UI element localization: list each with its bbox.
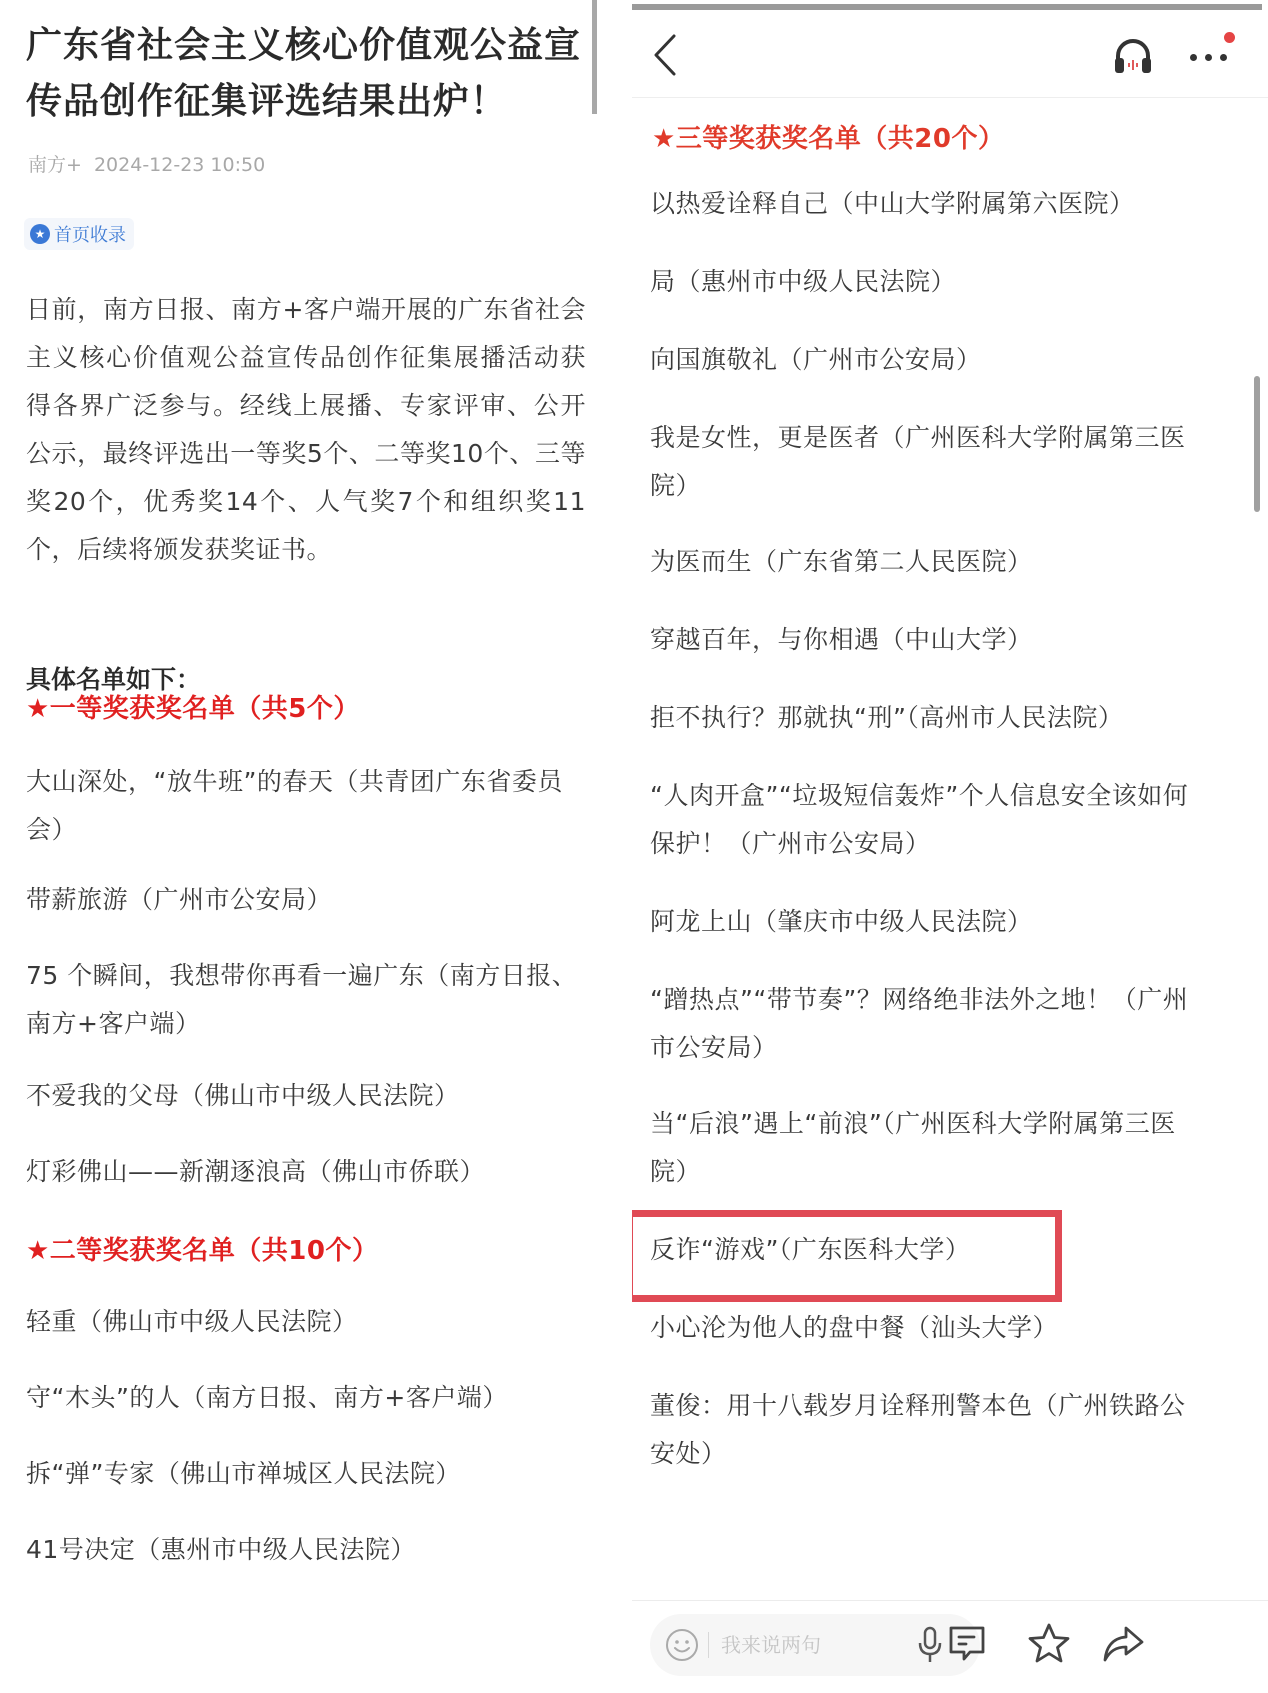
list-item: 带薪旅游（广州市公安局） bbox=[26, 876, 586, 924]
emoji-button[interactable] bbox=[664, 1627, 700, 1663]
article-source: 南方+ bbox=[28, 154, 82, 176]
list-item: 局（惠州市中级人民法院） bbox=[650, 258, 1250, 306]
star-circle-icon: ★ bbox=[30, 224, 50, 244]
first-prize-heading: ★一等奖获奖名单（共5个） bbox=[26, 688, 360, 725]
list-item: 我是女性，更是医者（广州医科大学附属第三医院） bbox=[650, 414, 1210, 510]
top-progress-bar bbox=[632, 4, 1262, 10]
star-icon bbox=[1026, 1620, 1072, 1666]
list-item: 为医而生（广东省第二人民医院） bbox=[650, 538, 1250, 586]
share-button[interactable] bbox=[1100, 1620, 1146, 1666]
list-item: 41号决定（惠州市中级人民法院） bbox=[26, 1526, 586, 1574]
list-item: 阿龙上山（肇庆市中级人民法院） bbox=[650, 898, 1250, 946]
list-item: 向国旗敬礼（广州市公安局） bbox=[650, 336, 1250, 384]
more-options-button[interactable] bbox=[1184, 32, 1240, 76]
list-item: 穿越百年，与你相遇（中山大学） bbox=[650, 616, 1250, 664]
list-item: 大山深处，“放牛班”的春天（共青团广东省委员会） bbox=[26, 758, 586, 854]
article-intro: 日前，南方日报、南方+客户端开展的广东省社会主义核心价值观公益宣传品创作征集展播… bbox=[26, 286, 586, 574]
list-item: 灯彩佛山——新潮逐浪高（佛山市侨联） bbox=[26, 1148, 586, 1196]
list-item: 不爱我的父母（佛山市中级人民法院） bbox=[26, 1072, 586, 1120]
list-item: 守“木头”的人（南方日报、南方+客户端） bbox=[26, 1374, 586, 1422]
screenshot-composite: 广东省社会主义核心价值观公益宣传品创作征集评选结果出炉！ 南方+ 2024-12… bbox=[0, 0, 1268, 1693]
headphones-icon bbox=[1112, 34, 1154, 76]
comment-bar[interactable] bbox=[650, 1614, 980, 1676]
chevron-left-icon bbox=[650, 32, 680, 78]
share-icon bbox=[1100, 1620, 1146, 1666]
back-button[interactable] bbox=[650, 32, 680, 78]
list-item: “蹭热点”“带节奏”？网络绝非法外之地！（广州市公安局） bbox=[650, 976, 1210, 1072]
favorite-button[interactable] bbox=[1026, 1620, 1072, 1666]
listen-button[interactable] bbox=[1112, 34, 1154, 76]
homepage-featured-badge[interactable]: ★ 首页收录 bbox=[24, 218, 134, 250]
list-item: 75 个瞬间，我想带你再看一遍广东（南方日报、南方+客户端） bbox=[26, 952, 586, 1048]
bottom-divider bbox=[632, 1600, 1268, 1601]
voice-input-button[interactable] bbox=[915, 1625, 945, 1665]
article-panel-left: 广东省社会主义核心价值观公益宣传品创作征集评选结果出炉！ 南方+ 2024-12… bbox=[0, 0, 590, 1693]
article-title: 广东省社会主义核心价值观公益宣传品创作征集评选结果出炉！ bbox=[26, 18, 586, 130]
list-item: 轻重（佛山市中级人民法院） bbox=[26, 1298, 586, 1346]
comment-input[interactable] bbox=[721, 1633, 921, 1657]
list-item: 拒不执行？那就执“刑”（高州市人民法院） bbox=[650, 694, 1250, 742]
notification-dot bbox=[1224, 32, 1235, 43]
more-dots-icon bbox=[1190, 54, 1227, 61]
separator bbox=[708, 1632, 709, 1658]
list-item: “人肉开盒”“垃圾短信轰炸”个人信息安全该如何保护！（广州市公安局） bbox=[650, 772, 1210, 868]
comments-button[interactable] bbox=[944, 1620, 990, 1666]
second-prize-heading: ★二等奖获奖名单（共10个） bbox=[26, 1230, 379, 1267]
third-prize-heading: ★三等奖获奖名单（共20个） bbox=[652, 118, 1005, 155]
comment-icon bbox=[944, 1620, 990, 1666]
article-meta: 南方+ 2024-12-23 10:50 bbox=[28, 150, 265, 177]
list-item: 小心沦为他人的盘中餐（汕头大学） bbox=[650, 1304, 1250, 1352]
list-item: 拆“弹”专家（佛山市禅城区人民法院） bbox=[26, 1450, 586, 1498]
badge-label: 首页收录 bbox=[54, 221, 126, 247]
article-datetime: 2024-12-23 10:50 bbox=[94, 154, 265, 176]
list-item: 当“后浪”遇上“前浪”（广州医科大学附属第三医院） bbox=[650, 1100, 1210, 1196]
list-item: 以热爱诠释自己（中山大学附属第六医院） bbox=[650, 180, 1250, 228]
list-item: 董俊：用十八载岁月诠释刑警本色（广州铁路公安处） bbox=[650, 1382, 1210, 1478]
article-panel-right: ★三等奖获奖名单（共20个） 以热爱诠释自己（中山大学附属第六医院） 局（惠州市… bbox=[632, 0, 1268, 1693]
nav-bar bbox=[632, 14, 1268, 98]
left-panel-scrollbar[interactable] bbox=[592, 0, 597, 114]
highlight-annotation-box bbox=[632, 1210, 1062, 1302]
microphone-icon bbox=[915, 1625, 945, 1665]
scrollbar-thumb[interactable] bbox=[1254, 376, 1260, 512]
emoji-icon bbox=[664, 1627, 700, 1663]
